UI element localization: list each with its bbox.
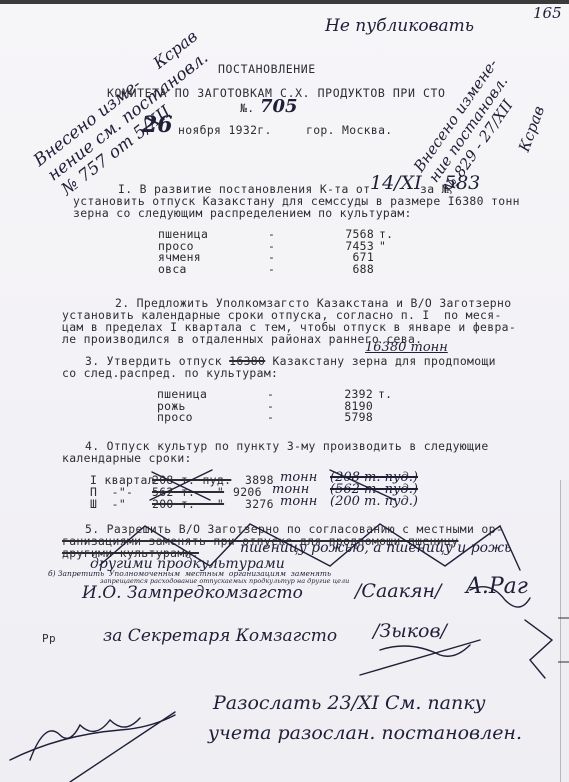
section4-line: календарные сроки: xyxy=(62,451,192,465)
section5-hand-line1: пшеницу рожью, а пшеницу и рожь xyxy=(240,540,512,556)
crop: овса xyxy=(158,264,268,276)
struck-value: 200 т. " xyxy=(152,497,224,511)
dash: - xyxy=(267,412,339,424)
dash: - xyxy=(268,241,340,253)
ref-no: 583 xyxy=(444,172,480,194)
scan-page-edge xyxy=(560,480,569,782)
hand-note: (200 т. пуд.) xyxy=(330,494,418,509)
section1-table: пшеница-7568т. просо-7453" ячменя-671 ов… xyxy=(158,229,393,275)
section1-line3: зерна со следующим распределением по кул… xyxy=(73,206,412,220)
bottom-note-line2: учета разослан. постановлен. xyxy=(208,722,522,744)
text: Казакстану зерна для продпомощи xyxy=(272,354,495,368)
date: ноября 1932г. xyxy=(178,123,272,137)
dash: - xyxy=(267,389,339,401)
top-note-do-not-publish: Не публиковать xyxy=(325,16,474,36)
dash: - xyxy=(268,264,340,276)
value: 5798 xyxy=(339,412,373,424)
table-row: овса-688 xyxy=(158,264,393,276)
secretary-name: /Зыков/ xyxy=(373,620,447,642)
number-label: №. xyxy=(240,101,254,115)
value: 3276 xyxy=(245,497,274,511)
date-day: 26 xyxy=(142,112,173,138)
unit: " xyxy=(374,241,386,253)
crop: просо xyxy=(157,412,267,424)
secretary-title: за Секретаря Комзагсто xyxy=(103,626,337,646)
hand-unit: тонн xyxy=(280,494,317,509)
section3-insert: 16380 тонн xyxy=(365,340,448,355)
table-row: просо-5798 xyxy=(157,412,392,424)
decree-number: 705 xyxy=(260,96,298,117)
archive-page-number: 165 xyxy=(533,4,562,22)
deputy-name: /Саакян/ xyxy=(355,580,441,602)
unit: т. xyxy=(373,389,392,401)
section3-line2: со след.распред. по культурам: xyxy=(62,366,278,380)
dash: - xyxy=(267,401,339,413)
value: 688 xyxy=(340,264,374,276)
deputy-title: И.О. Зампредкомзагсто xyxy=(82,583,303,603)
section3-table: пшеница-2392т. рожь-8190 просо-5798 xyxy=(157,389,392,424)
dash: - xyxy=(268,229,340,241)
bottom-note-line1: Разослать 23/XI См. папку xyxy=(213,692,486,714)
doc-type: ПОСТАНОВЛЕНИЕ xyxy=(218,62,316,76)
secretary-prefix: Рр xyxy=(42,632,56,645)
period: Ш -" xyxy=(90,497,126,511)
dash: - xyxy=(268,252,340,264)
place: гор. Москва. xyxy=(306,123,393,137)
ref-date: 14/XI xyxy=(370,172,422,194)
deputy-signature: A.Раг xyxy=(466,574,528,599)
